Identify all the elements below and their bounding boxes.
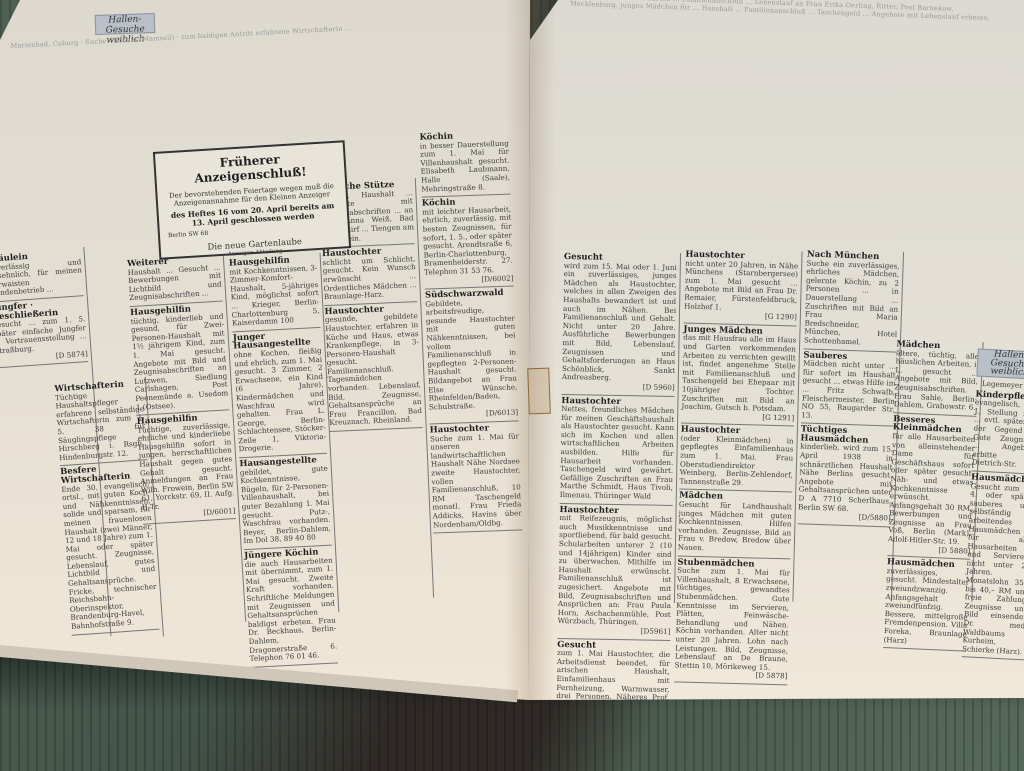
classified-ad: SauberesMädchen nicht unter ... für sofo… [801, 349, 897, 427]
ad-code: [G 1290] [684, 311, 797, 323]
notice-box: Früherer Anzeigenschluß! Der bevorstehen… [153, 140, 351, 260]
ad-code: [D/5880] [798, 512, 891, 524]
ad-heading: Köchin (Mamsell) [113, 33, 174, 44]
ad-body: Suche ein zuverlässiges, ehrliches Mädch… [804, 259, 900, 348]
ad-body: schlicht um Schlicht, gesucht. Kein Wuns… [322, 255, 417, 302]
classified-ad: Hausangestelltegebildet, gute Kochkenntn… [239, 454, 332, 550]
classified-ad: Köchinin besser Dauerstellung zum 1. Mai… [419, 129, 510, 198]
classified-ad: HaustochterNettes, freundliches Mädchen … [560, 395, 675, 506]
classified-ad: StubenmädchenSuche zum 1. Mai für Villen… [674, 556, 790, 685]
ad-body: Gesucht zum 15. 4. oder später sauberes … [962, 482, 1024, 657]
ad-body: Nettes, freundliches Mädchen für meinen … [560, 405, 675, 501]
right-column-2: Haustochternicht unter 20 Jahren, in Näh… [673, 248, 802, 601]
classified-ad: Haustochtermit Reifezeugnis, möglichst a… [557, 504, 672, 641]
ad-code: [G 1291] [681, 411, 794, 423]
section-label-right: Hallen-Gesuche weiblich [976, 349, 1024, 380]
classified-ad: Nach MünchenSuche ein zuverlässiges, ehr… [804, 248, 900, 352]
ad-body: zuverlässiges, gesucht. Mindestalter zwe… [883, 567, 969, 648]
ad-body: mit Kochkenntnissen, 3-Zimmer-Komfort-Ha… [229, 264, 320, 329]
section-label-left: Hallen-Gesuche weiblich [95, 13, 156, 35]
ad-body: nicht unter 20 Jahren, in Nähe Münchens … [684, 259, 798, 314]
classified-ad: Kinderpflegerinevangelisch, 20 J., Stell… [971, 388, 1024, 475]
ad-code: [D 5878] [674, 670, 787, 682]
ad-body: das mit Hausfrau alle im Haus und Garten… [681, 334, 796, 414]
ad-code: [D 5960] [562, 382, 675, 393]
ad-heading: Suche [85, 37, 107, 46]
ad-body: wird zum 15. Mai oder 1. Juni ein zuverl… [562, 262, 677, 384]
ad-body: mit leichter Hausarbeit, ehrlich, zuverl… [422, 205, 513, 277]
ad-body: (oder Kleinmädchen) in gepflegtes Einfam… [679, 434, 793, 489]
classified-ad: Haustochtergesunde, gebildete Haustochte… [324, 302, 422, 432]
classified-ad: Haustochterschlicht um Schlicht, gesucht… [322, 244, 417, 306]
ad-body: zuverlässig und ansehnlich, für meinen v… [0, 258, 83, 299]
ad-body: evangelisch, 20 J., Stellung zum ... evt… [972, 399, 1024, 471]
classified-ad: Jüngere Köchindie auch Hausarbeiten mit … [244, 546, 338, 668]
distant-text-block: für Gutshaushalt und Garten ... Familien… [559, 0, 1007, 258]
book-gutter [505, 0, 555, 700]
section-label-text: Hallen-Gesuche weiblich [990, 349, 1024, 378]
ad-body: Haushalt ... Gesucht ... Bewerbungen mit… [127, 263, 222, 303]
page-tear [527, 368, 551, 415]
ad-body: kinderlieb, wird zum 15. April 1938 in s… [798, 443, 893, 515]
classified-ad: Hausmädchenzuverlässiges, gesucht. Minde… [883, 556, 970, 651]
ad-body: ältere, tüchtig, alle häuslichen Arbeite… [894, 349, 980, 413]
classified-ad: Mädchenältere, tüchtig, alle häuslichen … [893, 338, 979, 416]
ad-body: zum baldigen Antritt erfahrene Wirtschaf… [181, 24, 352, 41]
ad-body: Suche zum 1. Mai für Villenhaushalt, 8 E… [675, 567, 791, 673]
classified-ad: Fräuleinzuverlässig und ansehnlich, für … [0, 247, 84, 302]
ad-body: die auch Hausarbeiten mit übernimmt, zum… [245, 556, 338, 664]
ad-body: gebildet, gute Kochkenntnisse, Bügeln, f… [240, 464, 332, 546]
right-column-1: Gesuchtwird zum 15. Mai oder 1. Juni ein… [555, 251, 681, 603]
classified-ad: HausmädchenGesucht zum 15. 4. oder späte… [962, 471, 1024, 661]
classified-ad: Tüchtiges Hausmädchenkinderlieb, wird zu… [798, 424, 894, 528]
left-page: Hallen-Gesuche weiblich Fräuleinzuverläs… [0, 0, 530, 700]
notice-title: Früherer Anzeigenschluß! [163, 149, 336, 187]
right-page: für Gutshaushalt und Garten ... Familien… [528, 0, 1024, 700]
ad-body: in besser Dauerstellung zum 1. Mai für V… [420, 139, 511, 194]
ad-body: für alle Hausarbeiten von alleinstehende… [888, 432, 976, 547]
classified-ad: Haustochter(oder Kleinmädchen) in gepfle… [679, 424, 794, 493]
classified-ad: MädchenGesucht für Landhaushalt junges M… [678, 490, 793, 559]
classified-ad: Köchinmit leichter Hausarbeit, ehrlich, … [422, 195, 514, 290]
classified-ad: Hausgehilfinmit Kochkenntnissen, 3-Zimme… [229, 253, 321, 332]
classified-ad: Jungfer · Beschließeringesucht ... zum 1… [0, 296, 88, 368]
classified-ad: Hausgehilfintüchtig, kinderlieb und gesu… [130, 301, 229, 416]
ad-body: Mädchen nicht unter ... für sofort im Ha… [801, 360, 896, 423]
classified-ad: Junges Mädchendas mit Hausfrau alle im H… [681, 323, 797, 426]
ad-body: zum 1. Mai Haustochter, die Arbeitsdiens… [556, 649, 670, 700]
ad-code: [D5961] [557, 626, 670, 637]
classified-ad: Besseres Kleinmädchenfür alle Hausarbeit… [887, 413, 976, 560]
ad-body: mit Reifezeugnis, möglichst auch Musikke… [558, 514, 673, 628]
ad-body: tüchtig, kinderlieb und gesund, für Zwei… [130, 312, 229, 412]
ad-body: Gesucht für Landhaushalt junges Mädchen … [678, 501, 792, 556]
classified-ad: Junger Hausangestellteohne Kochen, fleiß… [233, 328, 327, 459]
classified-ad: Gesuchtwird zum 15. Mai oder 1. Juni ein… [562, 251, 677, 396]
ad-body: ohne Kochen, fleißig und ehrlich, zum 1.… [234, 347, 327, 455]
ad-heading: Marienbad, Coburg [10, 38, 78, 50]
ad-body: gesunde, gebildete Haustochter, erfahren… [325, 312, 423, 428]
ad-body: Tüchtige, zuverlässige, ehrliche und kin… [137, 421, 235, 512]
classified-ad: HausgehilfinTüchtige, zuverlässige, ehrl… [136, 410, 235, 525]
classified-ad: Gesuchtzum 1. Mai Haustochter, die Arbei… [556, 639, 671, 700]
classified-ad: Haustochternicht unter 20 Jahren, in Näh… [684, 249, 799, 327]
